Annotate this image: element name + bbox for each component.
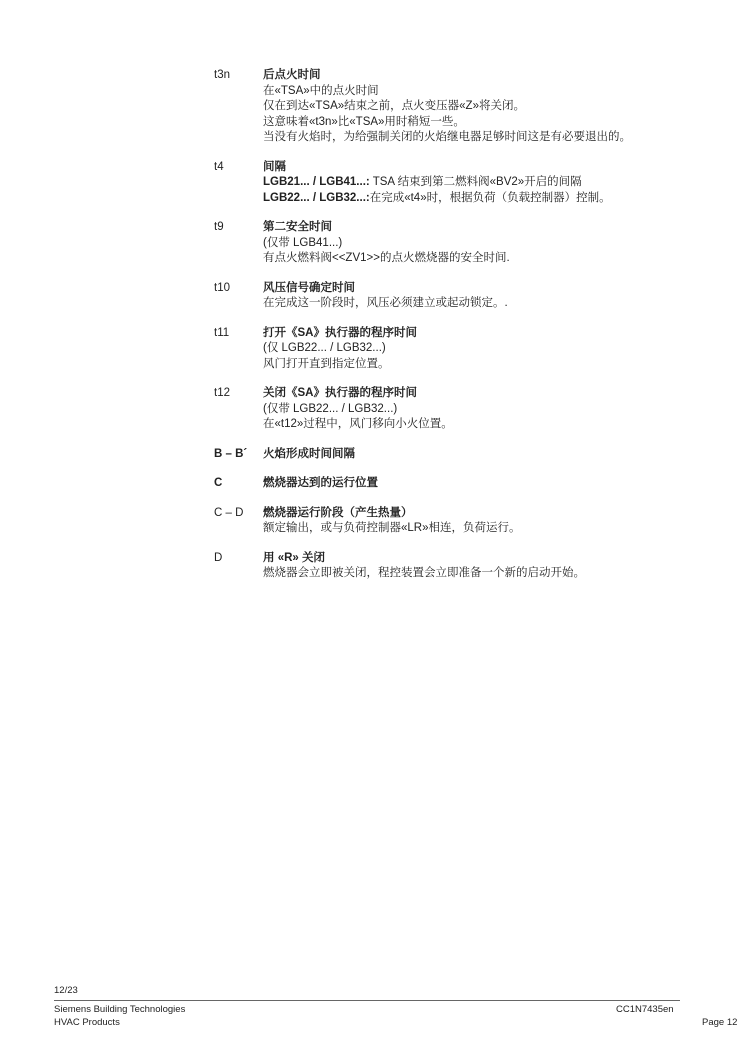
entry-title: 后点火时间: [263, 68, 684, 84]
footer-divider: [54, 1000, 680, 1001]
entry-t12: t12 关闭《SA》执行器的程序时间 (仅带 LGB22... / LGB32.…: [214, 386, 684, 433]
entry-line: 这意味着«t3n»比«TSA»用时稍短一些。: [263, 115, 684, 131]
entry-label: t4: [214, 160, 263, 207]
entry-t10: t10 风压信号确定时间 在完成这一阶段时，风压必须建立或起动锁定。.: [214, 281, 684, 312]
entry-line: 在«t12»过程中，风门移向小火位置。: [263, 417, 684, 433]
entry-label: B – B´: [214, 447, 263, 463]
division-name: HVAC Products: [54, 1017, 185, 1030]
entry-d: D 用 «R» 关闭 燃烧器会立即被关闭，程控装置会立即准备一个新的启动开始。: [214, 551, 684, 582]
entry-line: 仅在到达«TSA»结束之前，点火变压器«Z»将关闭。: [263, 99, 684, 115]
definitions-list: t3n 后点火时间 在«TSA»中的点火时间 仅在到达«TSA»结束之前，点火变…: [214, 68, 684, 596]
entry-line: 有点火燃料阀<<ZV1>>的点火燃烧器的安全时间.: [263, 251, 684, 267]
entry-line: 风门打开直到指定位置。: [263, 357, 684, 373]
entry-label: t11: [214, 326, 263, 373]
entry-line: 额定输出，或与负荷控制器«LR»相连，负荷运行。: [263, 521, 684, 537]
footer-company-block: Siemens Building Technologies HVAC Produ…: [54, 1004, 185, 1029]
entry-title: 燃烧器运行阶段（产生热量）: [263, 506, 684, 522]
entry-line: 在完成这一阶段时，风压必须建立或起动锁定。.: [263, 296, 684, 312]
entry-t4: t4 间隔 LGB21... / LGB41...: TSA 结束到第二燃料阀«…: [214, 160, 684, 207]
entry-label: D: [214, 551, 263, 582]
model-label: LGB21... / LGB41...:: [263, 176, 370, 188]
entry-title: 用 «R» 关闭: [263, 551, 684, 567]
entry-title: 打开《SA》执行器的程序时间: [263, 326, 684, 342]
page-number: Page 12: [702, 1017, 737, 1028]
entry-line: LGB21... / LGB41...: TSA 结束到第二燃料阀«BV2»开启…: [263, 175, 684, 191]
entry-label: t3n: [214, 68, 263, 146]
entry-line: (仅带 LGB22... / LGB32...): [263, 402, 684, 418]
entry-line: 燃烧器会立即被关闭，程控装置会立即准备一个新的启动开始。: [263, 566, 684, 582]
entry-title: 关闭《SA》执行器的程序时间: [263, 386, 684, 402]
entry-label: t12: [214, 386, 263, 433]
entry-label: C – D: [214, 506, 263, 537]
entry-t9: t9 第二安全时间 (仅带 LGB41...) 有点火燃料阀<<ZV1>>的点火…: [214, 220, 684, 267]
entry-line: (仅 LGB22... / LGB32...): [263, 341, 684, 357]
entry-c: C 燃烧器达到的运行位置: [214, 476, 684, 492]
entry-title: 火焰形成时间间隔: [263, 447, 684, 463]
entry-line: LGB22... / LGB32...:在完成«t4»时，根据负荷（负载控制器）…: [263, 191, 684, 207]
entry-label: C: [214, 476, 263, 492]
entry-line: 在«TSA»中的点火时间: [263, 84, 684, 100]
company-name: Siemens Building Technologies: [54, 1004, 185, 1017]
entry-label: t10: [214, 281, 263, 312]
entry-b-b: B – B´ 火焰形成时间间隔: [214, 447, 684, 463]
entry-line: (仅带 LGB41...): [263, 236, 684, 252]
entry-label: t9: [214, 220, 263, 267]
entry-c-d: C – D 燃烧器运行阶段（产生热量） 额定输出，或与负荷控制器«LR»相连，负…: [214, 506, 684, 537]
entry-t11: t11 打开《SA》执行器的程序时间 (仅 LGB22... / LGB32..…: [214, 326, 684, 373]
document-code: CC1N7435en: [616, 1004, 674, 1015]
entry-title: 第二安全时间: [263, 220, 684, 236]
entry-line-text: 在完成«t4»时，根据负荷（负载控制器）控制。: [370, 192, 611, 204]
page-fraction: 12/23: [54, 985, 78, 996]
entry-title: 风压信号确定时间: [263, 281, 684, 297]
entry-title: 间隔: [263, 160, 684, 176]
model-label: LGB22... / LGB32...:: [263, 192, 370, 204]
entry-line-text: TSA 结束到第二燃料阀«BV2»开启的间隔: [370, 176, 582, 188]
entry-line: 当没有火焰时，为给强制关闭的火焰继电器足够时间这是有必要退出的。: [263, 130, 684, 146]
entry-t3n: t3n 后点火时间 在«TSA»中的点火时间 仅在到达«TSA»结束之前，点火变…: [214, 68, 684, 146]
entry-title: 燃烧器达到的运行位置: [263, 476, 684, 492]
